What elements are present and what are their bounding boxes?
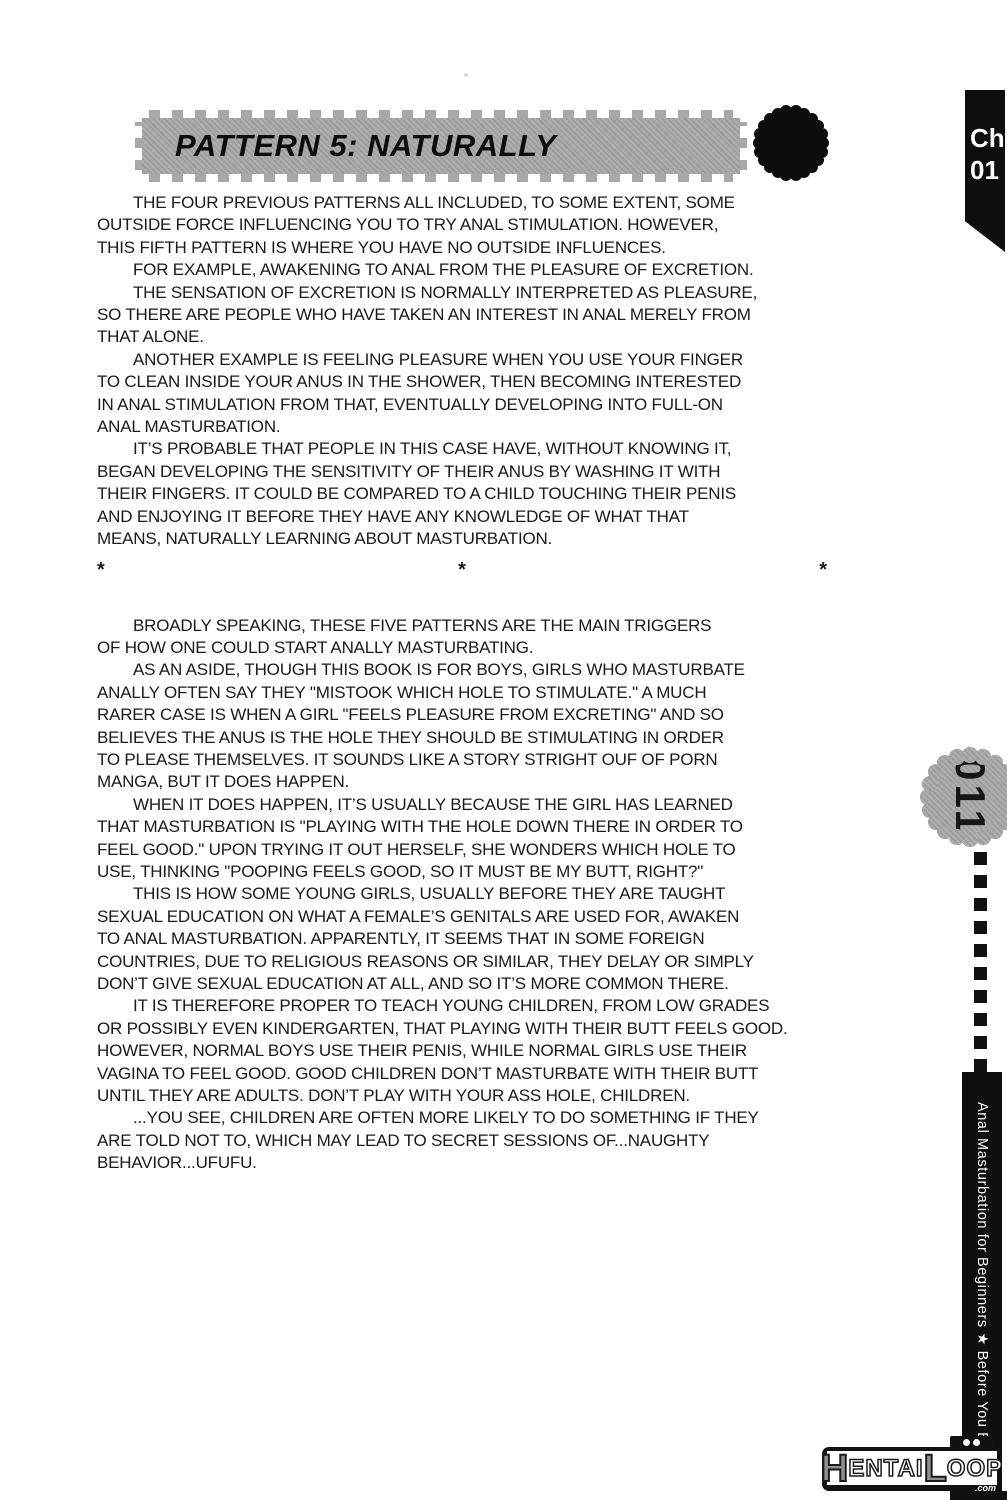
chapter-label: Ch. 01	[970, 122, 1007, 186]
dot-square	[974, 921, 987, 934]
glasses-icon	[963, 1439, 970, 1446]
paragraph: THE FOUR PREVIOUS PATTERNS ALL INCLUDED,…	[97, 192, 897, 259]
hentailoop-logo: H ENTAI L OOP .com	[822, 1447, 1002, 1491]
paragraph: ANOTHER EXAMPLE IS FEELING PLEASURE WHEN…	[97, 349, 897, 439]
paragraph: WHEN IT DOES HAPPEN, IT’S USUALLY BECAUS…	[97, 794, 897, 884]
paragraph: THE SENSATION OF EXCRETION IS NORMALLY I…	[97, 282, 897, 349]
corner-rect	[950, 1491, 1007, 1500]
scan-artifact-dot	[464, 73, 468, 77]
logo-letter-h: H	[821, 1450, 848, 1488]
dot-square	[974, 990, 987, 1003]
paragraph: THIS IS HOW SOME YOUNG GIRLS, USUALLY BE…	[97, 883, 897, 995]
chapter-tab: Ch. 01	[965, 90, 1005, 252]
paragraph: BROADLY SPEAKING, THESE FIVE PATTERNS AR…	[97, 615, 897, 660]
dotted-line	[974, 852, 987, 1072]
dot-square	[974, 1013, 987, 1026]
asterisk: *	[819, 559, 827, 581]
logo-text-entai: ENTAI	[848, 1457, 923, 1481]
dot-square	[974, 967, 987, 980]
paragraph: IT IS THEREFORE PROPER TO TEACH YOUNG CH…	[97, 995, 897, 1107]
title-banner: PATTERN 5: NATURALLY	[135, 110, 747, 182]
dot-square	[974, 1059, 987, 1072]
dot-square	[974, 944, 987, 957]
paragraph: ...YOU SEE, CHILDREN ARE OFTEN MORE LIKE…	[97, 1107, 897, 1174]
dot-square	[974, 852, 987, 865]
page-number-badge: 011	[924, 751, 1007, 843]
asterisk: *	[97, 559, 105, 581]
dot-square	[974, 898, 987, 911]
page-title: PATTERN 5: NATURALLY	[175, 110, 556, 182]
logo-letter-l: L	[924, 1450, 947, 1488]
asterisk: *	[458, 559, 466, 581]
paragraph: FOR EXAMPLE, AWAKENING TO ANAL FROM THE …	[97, 259, 897, 281]
scanned-page: Ch. 01 PATTERN 5: NATURALLY THE FOUR PRE…	[0, 0, 1007, 1500]
starburst-seal-icon	[756, 108, 826, 178]
asterisk-divider: * * *	[97, 559, 827, 581]
banner-teeth-right	[739, 122, 747, 170]
logo-text-oop: OOP	[947, 1457, 1003, 1481]
dot-square	[974, 1036, 987, 1049]
body-text: THE FOUR PREVIOUS PATTERNS ALL INCLUDED,…	[97, 192, 897, 1175]
paragraph: IT’S PROBABLE THAT PEOPLE IN THIS CASE H…	[97, 438, 897, 550]
dot-square	[974, 875, 987, 888]
paragraph: AS AN ASIDE, THOUGH THIS BOOK IS FOR BOY…	[97, 659, 897, 793]
